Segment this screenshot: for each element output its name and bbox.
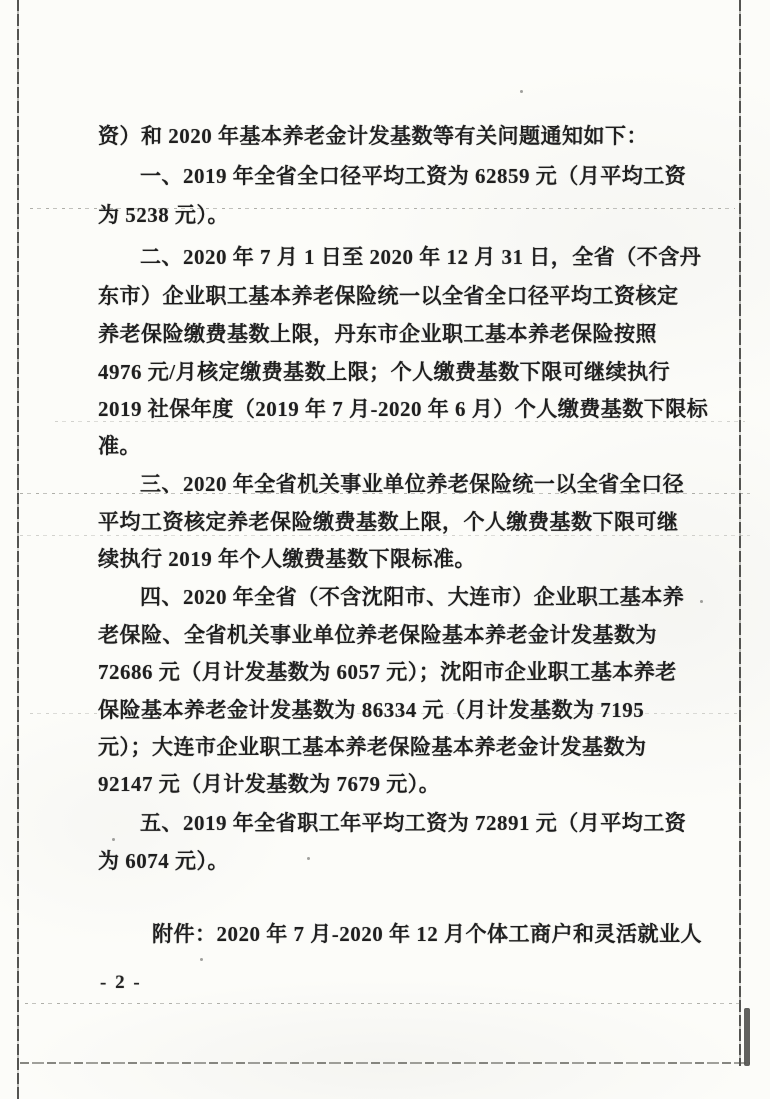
text-line: 东市）企业职工基本养老保险统一以全省全口径平均工资核定 — [98, 280, 679, 310]
text-line: 72686 元（月计发基数为 6057 元）；沈阳市企业职工基本养老 — [98, 656, 677, 686]
scan-artifact-line — [20, 1062, 750, 1064]
document-page: 资）和 2020 年基本养老金计发基数等有关问题通知如下： 一、2019 年全省… — [0, 0, 770, 1099]
scan-speck — [112, 838, 115, 841]
scan-speck — [307, 857, 310, 860]
text-line: 老保险、全省机关事业单位养老保险基本养老金计发基数为 — [98, 619, 657, 649]
scan-artifact-line — [25, 1003, 740, 1004]
text-line: 五、2019 年全省职工年平均工资为 72891 元（月平均工资 — [140, 807, 686, 837]
text-line: 保险基本养老金计发基数为 86334 元（月计发基数为 7195 — [98, 694, 644, 724]
scan-right-edge-line — [739, 0, 741, 1066]
scan-speck — [520, 90, 523, 93]
page-number: - 2 - — [100, 972, 142, 994]
text-line: 二、2020 年 7 月 1 日至 2020 年 12 月 31 日，全省（不含… — [140, 241, 701, 271]
scan-speck — [200, 958, 203, 961]
text-line: 续执行 2019 年个人缴费基数下限标准。 — [98, 543, 476, 573]
text-line: 资）和 2020 年基本养老金计发基数等有关问题通知如下： — [98, 120, 648, 150]
text-line: 4976 元/月核定缴费基数上限；个人缴费基数下限可继续执行 — [98, 356, 670, 386]
text-line: 一、2019 年全省全口径平均工资为 62859 元（月平均工资 — [140, 160, 686, 190]
text-line: 平均工资核定养老保险缴费基数上限，个人缴费基数下限可继 — [98, 506, 679, 536]
text-line: 为 5238 元）。 — [98, 199, 229, 229]
text-line: 元）；大连市企业职工基本养老保险基本养老金计发基数为 — [98, 731, 647, 761]
text-line: 四、2020 年全省（不含沈阳市、大连市）企业职工基本养 — [140, 581, 684, 611]
text-line: 养老保险缴费基数上限，丹东市企业职工基本养老保险按照 — [98, 318, 657, 348]
text-line: 准。 — [98, 430, 141, 460]
attachment-line: 附件：2020 年 7 月-2020 年 12 月个体工商户和灵活就业人 — [152, 918, 702, 948]
text-line: 2019 社保年度（2019 年 7 月-2020 年 6 月）个人缴费基数下限… — [98, 393, 708, 423]
text-line: 92147 元（月计发基数为 7679 元）。 — [98, 768, 440, 798]
text-line: 三、2020 年全省机关事业单位养老保险统一以全省全口径 — [140, 468, 684, 498]
scan-right-edge-mark — [744, 1008, 750, 1066]
text-line: 为 6074 元）。 — [98, 845, 229, 875]
scan-left-edge-line — [17, 0, 19, 1099]
scan-speck — [700, 600, 703, 603]
